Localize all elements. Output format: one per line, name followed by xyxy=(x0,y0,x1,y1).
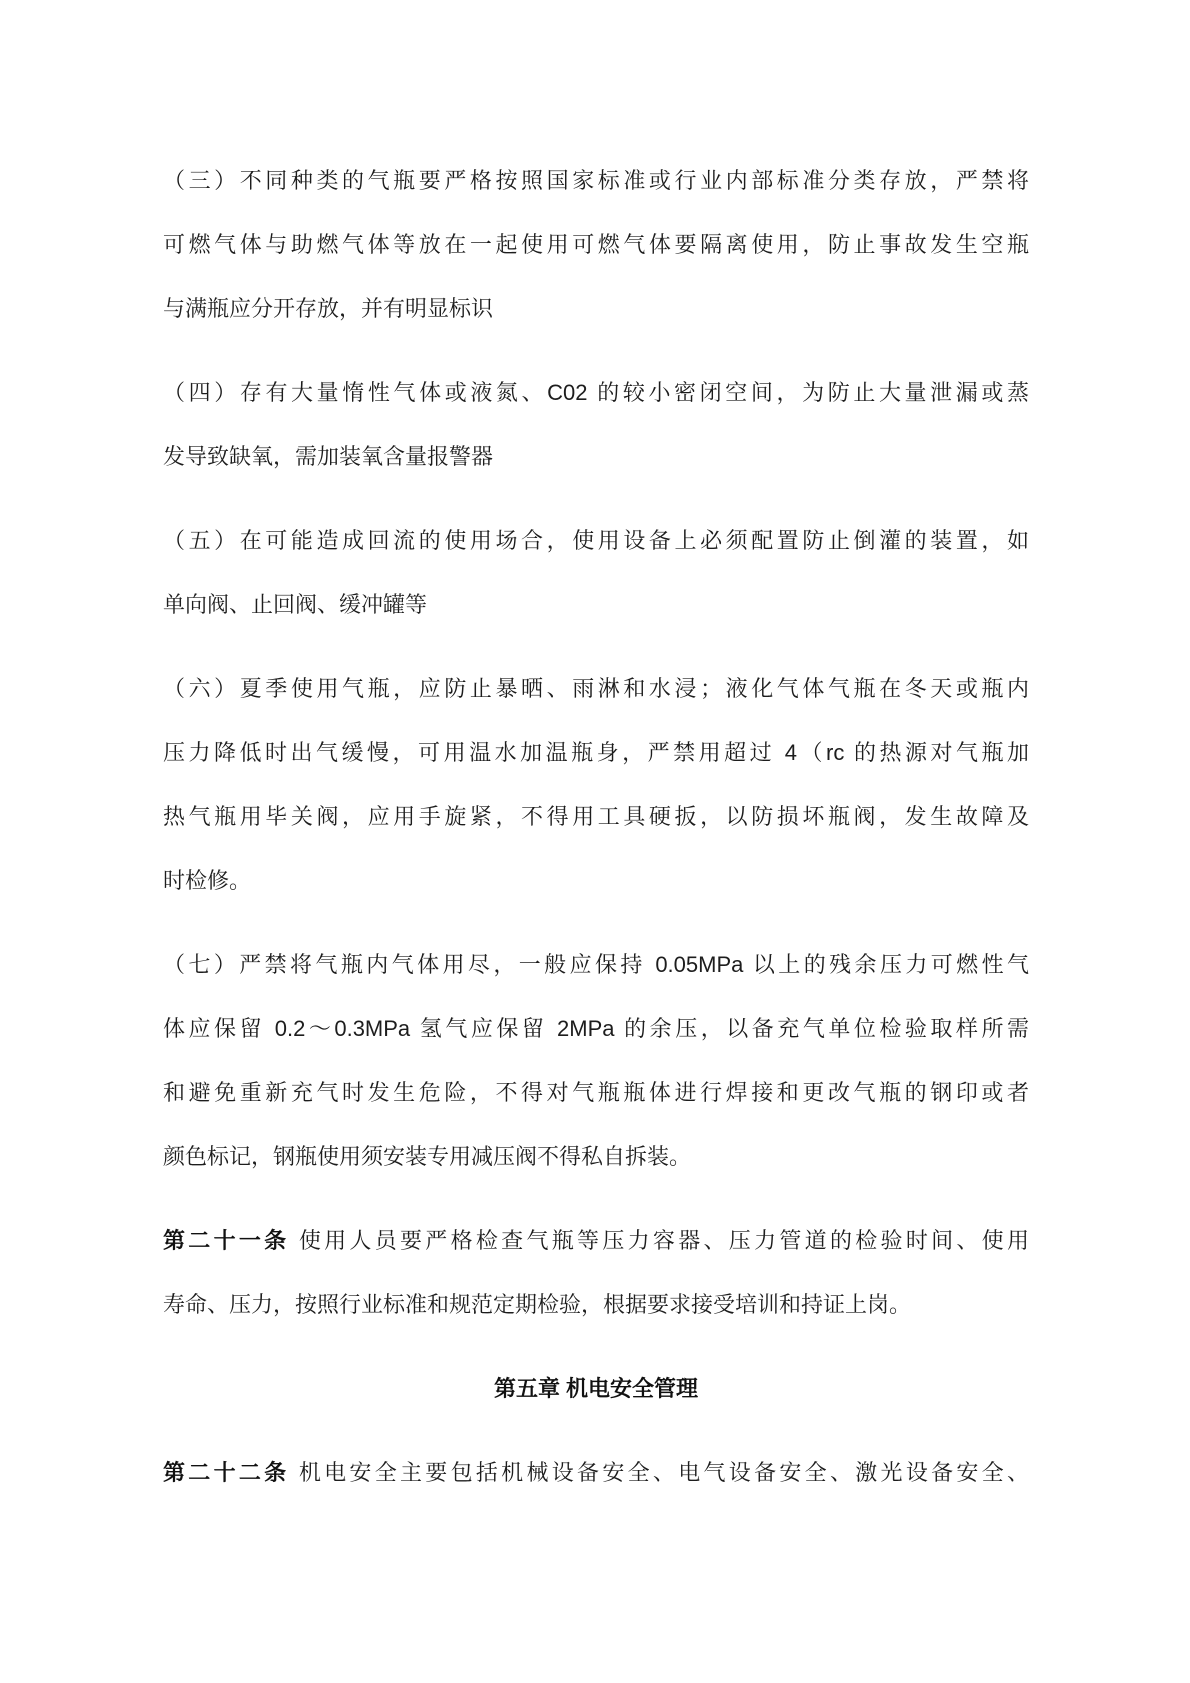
clause-4-paragraph: （四）存有大量惰性气体或液氮、C02 的较小密闭空间，为防止大量泄漏或蒸 发导致… xyxy=(163,361,1029,489)
text-line: 与满瓶应分开存放，并有明显标识 xyxy=(163,277,1029,341)
chapter-heading-text: 第五章 机电安全管理 xyxy=(163,1357,1029,1421)
document-page: { "page": { "width": 1190, "height": 168… xyxy=(0,0,1190,1683)
clause-7-paragraph: （七）严禁将气瓶内气体用尽，一般应保持 0.05MPa 以上的残余压力可燃性气 … xyxy=(163,933,1029,1189)
text-line: 发导致缺氧，需加装氧含量报警器 xyxy=(163,425,1029,489)
article-21-paragraph: 第二十一条 使用人员要严格检查气瓶等压力容器、压力管道的检验时间、使用 寿命、压… xyxy=(163,1209,1029,1337)
text-line: 和避免重新充气时发生危险，不得对气瓶瓶体进行焊接和更改气瓶的钢印或者 xyxy=(163,1061,1029,1125)
article-22-text: 机电安全主要包括机械设备安全、电气设备安全、激光设备安全、 xyxy=(289,1460,1029,1485)
text-line: 第二十二条 机电安全主要包括机械设备安全、电气设备安全、激光设备安全、 xyxy=(163,1441,1029,1505)
text-line: 颜色标记，钢瓶使用须安装专用减压阀不得私自拆装。 xyxy=(163,1125,1029,1189)
clause-5-paragraph: （五）在可能造成回流的使用场合，使用设备上必须配置防止倒灌的装置，如 单向阀、止… xyxy=(163,509,1029,637)
article-21-label: 第二十一条 xyxy=(163,1228,289,1253)
text-line: 热气瓶用毕关阀，应用手旋紧，不得用工具硬扳，以防损坏瓶阀，发生故障及 xyxy=(163,785,1029,849)
text-line: 第二十一条 使用人员要严格检查气瓶等压力容器、压力管道的检验时间、使用 xyxy=(163,1209,1029,1273)
article-21-text: 使用人员要严格检查气瓶等压力容器、压力管道的检验时间、使用 xyxy=(289,1228,1029,1253)
text-line: 寿命、压力，按照行业标准和规范定期检验，根据要求接受培训和持证上岗。 xyxy=(163,1273,1029,1337)
text-line: （四）存有大量惰性气体或液氮、C02 的较小密闭空间，为防止大量泄漏或蒸 xyxy=(163,361,1029,425)
chapter-5-heading: 第五章 机电安全管理 xyxy=(163,1357,1029,1421)
text-line: （五）在可能造成回流的使用场合，使用设备上必须配置防止倒灌的装置，如 xyxy=(163,509,1029,573)
document-body: （三）不同种类的气瓶要严格按照国家标准或行业内部标准分类存放，严禁将 可燃气体与… xyxy=(163,149,1029,1525)
text-line: 时检修。 xyxy=(163,849,1029,913)
article-22-label: 第二十二条 xyxy=(163,1460,289,1485)
text-line: （三）不同种类的气瓶要严格按照国家标准或行业内部标准分类存放，严禁将 xyxy=(163,149,1029,213)
article-22-paragraph: 第二十二条 机电安全主要包括机械设备安全、电气设备安全、激光设备安全、 xyxy=(163,1441,1029,1505)
text-line: （六）夏季使用气瓶，应防止暴晒、雨淋和水浸；液化气体气瓶在冬天或瓶内 xyxy=(163,657,1029,721)
text-line: 压力降低时出气缓慢，可用温水加温瓶身，严禁用超过 4（rc 的热源对气瓶加 xyxy=(163,721,1029,785)
clause-6-paragraph: （六）夏季使用气瓶，应防止暴晒、雨淋和水浸；液化气体气瓶在冬天或瓶内 压力降低时… xyxy=(163,657,1029,913)
clause-3-paragraph: （三）不同种类的气瓶要严格按照国家标准或行业内部标准分类存放，严禁将 可燃气体与… xyxy=(163,149,1029,341)
text-line: 体应保留 0.2〜0.3MPa 氢气应保留 2MPa 的余压，以备充气单位检验取… xyxy=(163,997,1029,1061)
text-line: （七）严禁将气瓶内气体用尽，一般应保持 0.05MPa 以上的残余压力可燃性气 xyxy=(163,933,1029,997)
text-line: 单向阀、止回阀、缓冲罐等 xyxy=(163,573,1029,637)
text-line: 可燃气体与助燃气体等放在一起使用可燃气体要隔离使用，防止事故发生空瓶 xyxy=(163,213,1029,277)
